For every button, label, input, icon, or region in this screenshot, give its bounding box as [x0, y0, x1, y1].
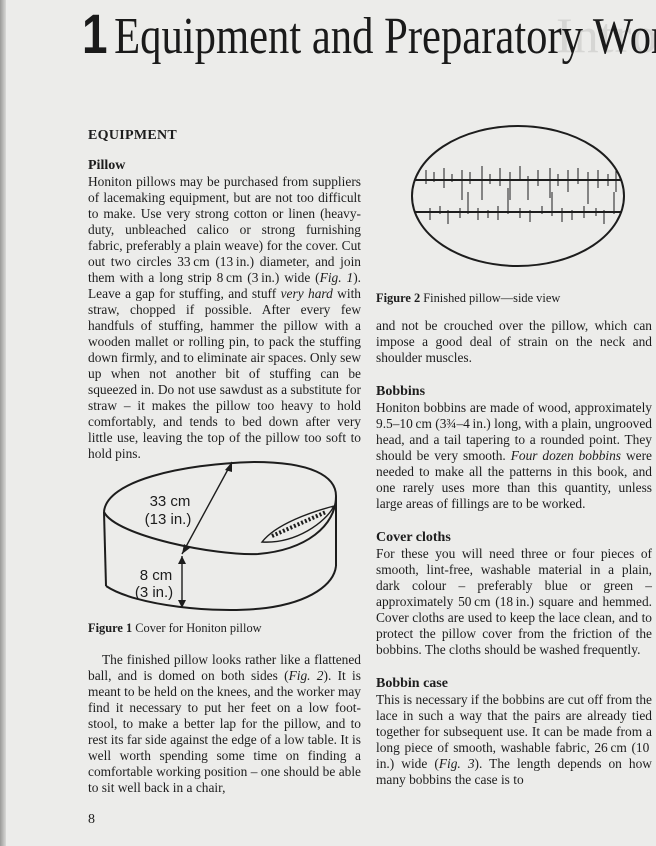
cover-cloths-heading: Cover cloths: [376, 530, 652, 546]
figure1-pillow-cover-diagram: 33 cm (13 in.) 8 cm (3 in.): [86, 456, 346, 616]
page-number: 8: [88, 812, 95, 828]
bobbins-heading: Bobbins: [376, 384, 652, 400]
figure1-caption-text: Cover for Honiton pillow: [135, 621, 261, 635]
chapter-title: 1Equipment and Preparatory Work: [82, 4, 656, 67]
figure2-caption-text: Finished pillow—side view: [423, 291, 560, 305]
bobbins-paragraph: Honiton bobbins are made of wood, approx…: [376, 400, 652, 512]
pillow-heading: Pillow: [88, 158, 361, 174]
figure2-label: Figure 2: [376, 291, 420, 305]
chapter-title-text: Equipment and Preparatory Work: [114, 8, 656, 65]
fig1-diameter-in: (13 in.): [145, 511, 192, 528]
fig1-diameter-cm: 33 cm: [150, 493, 191, 510]
chapter-number: 1: [82, 2, 108, 65]
bobbin-case-paragraph: This is necessary if the bobbins are cut…: [376, 692, 652, 788]
figure1-label: Figure 1: [88, 621, 132, 635]
pillow-position-paragraph: The finished pillow looks rather like a …: [88, 652, 361, 796]
cover-cloths-paragraph: For these you will need three or four pi…: [376, 546, 652, 658]
section-heading: EQUIPMENT: [88, 128, 361, 144]
figure2-caption: Figure 2 Finished pillow—side view: [376, 290, 652, 306]
fig1-height-in: (3 in.): [135, 584, 173, 601]
left-column-continued: The finished pillow looks rather like a …: [88, 652, 361, 796]
fig1-height-cm: 8 cm: [140, 567, 173, 584]
page-binding-edge: [0, 0, 6, 846]
pillow-paragraph: Honiton pillows may be purchased from su…: [88, 174, 361, 462]
right-column: and not be crouched over the pillow, whi…: [376, 318, 652, 788]
left-column: EQUIPMENT Pillow Honiton pillows may be …: [88, 128, 361, 462]
bobbin-case-heading: Bobbin case: [376, 676, 652, 692]
figure2-pillow-side-view: [404, 122, 634, 272]
pillow-paragraph-continued: and not be crouched over the pillow, whi…: [376, 318, 652, 366]
figure1-caption: Figure 1 Cover for Honiton pillow: [88, 620, 361, 636]
